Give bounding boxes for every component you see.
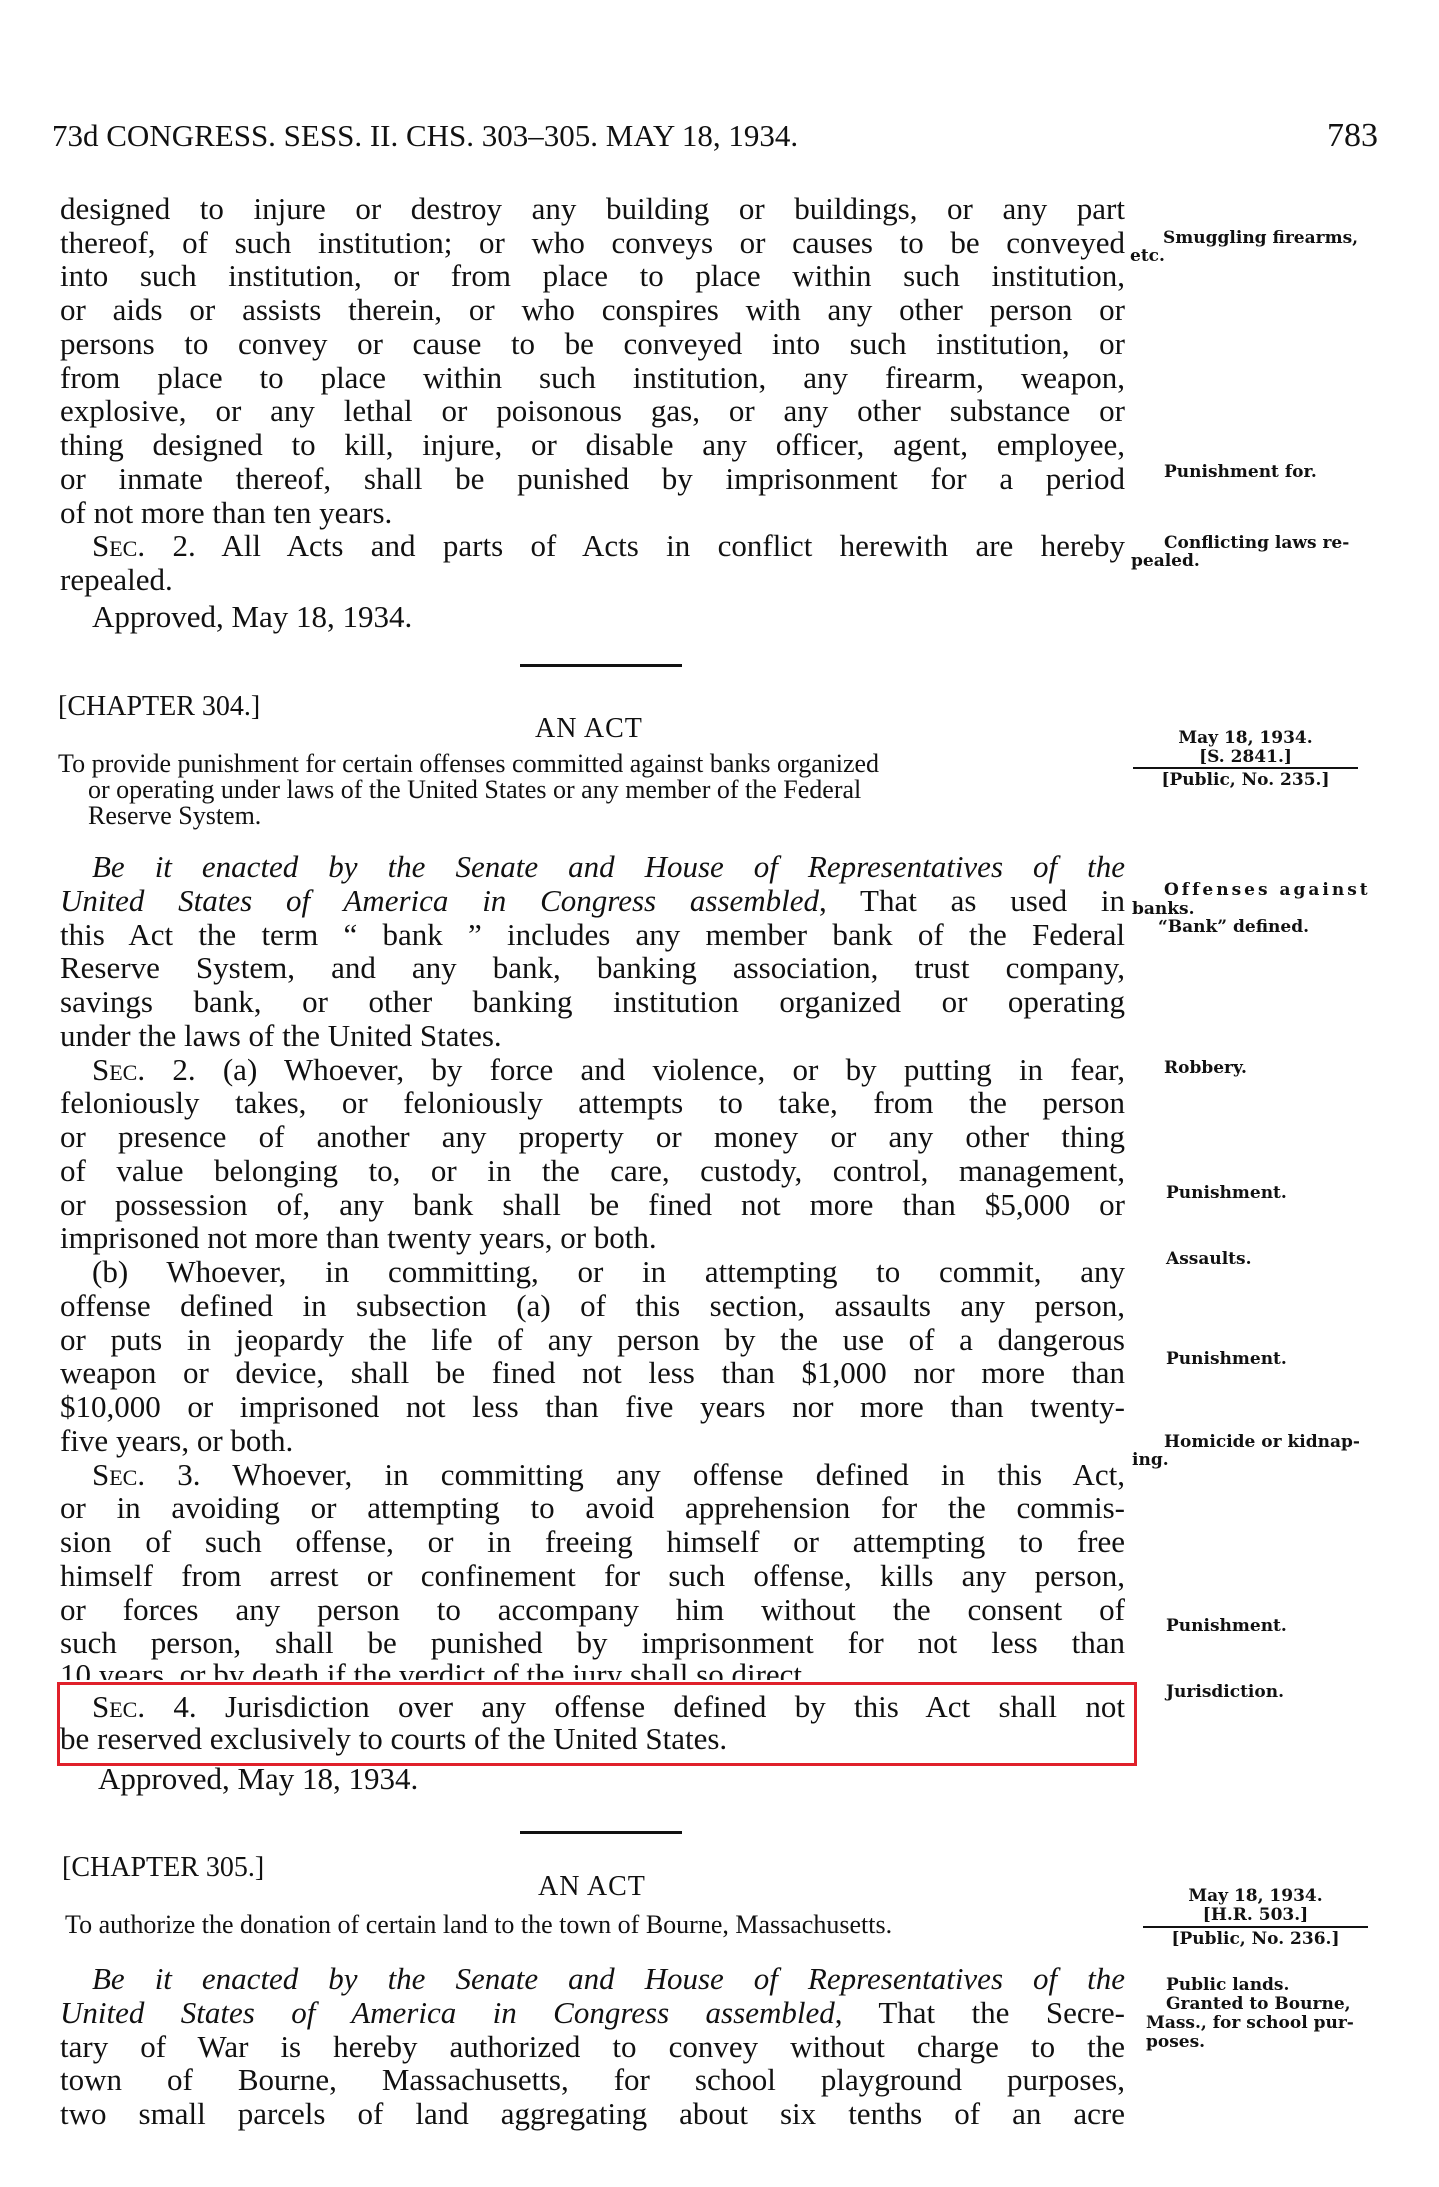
sec3-line: Sec. 3. Whoever, in committing any offen…	[60, 1458, 1125, 1492]
section-label: Sec. 3.	[92, 1457, 201, 1492]
section-text: (a) Whoever, by force and violence, or b…	[196, 1052, 1125, 1087]
text-line: (b) Whoever, in committing, or in attemp…	[60, 1255, 1125, 1289]
act-title-line: or operating under laws of the United St…	[88, 776, 861, 804]
text-line: town of Bourne, Massachusetts, for schoo…	[60, 2063, 1125, 2097]
text-line: imprisoned not more than twenty years, o…	[60, 1221, 1125, 1255]
margin-note: Punishment.	[1166, 1616, 1287, 1636]
text-line: or possession of, any bank shall be fine…	[60, 1188, 1125, 1222]
public-law-number: [Public, No. 236.]	[1128, 1929, 1383, 1949]
text-line: Reserve System, and any bank, banking as…	[60, 951, 1125, 985]
text-line: into such institution, or from place to …	[60, 259, 1125, 293]
chapter-heading: [CHAPTER 304.]	[58, 690, 260, 724]
text-line: sion of such offense, or in freeing hims…	[60, 1525, 1125, 1559]
section-text: All Acts and parts of Acts in conflict h…	[196, 528, 1125, 563]
text-line: of not more than ten years.	[60, 496, 1125, 530]
section-label: Sec. 2.	[92, 528, 196, 563]
margin-note: Punishment for.	[1164, 462, 1317, 482]
margin-note: Granted to Bourne,	[1166, 1994, 1351, 2014]
text-line: designed to injure or destroy any buildi…	[60, 192, 1125, 226]
enacting-clause: Be it enacted by the Senate and House of…	[60, 1962, 1125, 1996]
margin-note: ing.	[1132, 1450, 1169, 1470]
enactment-date: May 18, 1934.	[1128, 1886, 1383, 1906]
enacting-clause: United States of America in Congress ass…	[60, 1996, 1125, 2030]
text-line: or forces any person to accompany him wi…	[60, 1593, 1125, 1627]
margin-note: poses.	[1146, 2032, 1205, 2052]
margin-note: Conflicting laws re-	[1164, 533, 1349, 553]
sec2a-line: Sec. 2. (a) Whoever, by force and violen…	[60, 1053, 1125, 1087]
chapter-heading: [CHAPTER 305.]	[62, 1851, 264, 1885]
margin-note: pealed.	[1131, 551, 1200, 571]
text-line: feloniously takes, or feloniously attemp…	[60, 1086, 1125, 1120]
margin-note: Punishment.	[1166, 1183, 1287, 1203]
highlight-box-sec4	[57, 1682, 1137, 1766]
enacting-italic: United States of America in Congress ass…	[60, 883, 819, 918]
text-line: thing designed to kill, injure, or disab…	[60, 428, 1125, 462]
text-line: of value belonging to, or in the care, c…	[60, 1154, 1125, 1188]
text-line: this Act the term “ bank ” includes any …	[60, 918, 1125, 952]
section-divider	[520, 664, 682, 667]
margin-note: Punishment.	[1166, 1349, 1287, 1369]
an-act-heading: AN ACT	[535, 712, 643, 746]
text-line: offense defined in subsection (a) of thi…	[60, 1289, 1125, 1323]
text-line: or puts in jeopardy the life of any pers…	[60, 1323, 1125, 1357]
running-head: 73d CONGRESS. SESS. II. CHS. 303–305. MA…	[52, 118, 798, 154]
text-line: two small parcels of land aggregating ab…	[60, 2097, 1125, 2131]
enacting-italic: United States of America in Congress ass…	[60, 1995, 835, 2030]
section-divider	[520, 1831, 682, 1834]
margin-rule	[1143, 1926, 1368, 1928]
enactment-date: May 18, 1934.	[1118, 728, 1373, 748]
act-title-line: To authorize the donation of certain lan…	[65, 1911, 892, 1939]
page-number: 783	[1327, 118, 1378, 154]
text-line: or aids or assists therein, or who consp…	[60, 293, 1125, 327]
enacting-clause: United States of America in Congress ass…	[60, 884, 1125, 918]
approval-line: Approved, May 18, 1934.	[92, 600, 412, 634]
text-line: tary of War is hereby authorized to conv…	[60, 2030, 1125, 2064]
text-line: or presence of another any property or m…	[60, 1120, 1125, 1154]
text-line: savings bank, or other banking instituti…	[60, 985, 1125, 1019]
margin-note: Robbery.	[1164, 1058, 1247, 1078]
text-line: under the laws of the United States.	[60, 1019, 1125, 1053]
act-title-line: To provide punishment for certain offens…	[58, 750, 879, 778]
an-act-heading: AN ACT	[538, 1870, 646, 1904]
sec2-line: Sec. 2. All Acts and parts of Acts in co…	[60, 529, 1125, 563]
enacting-text: , That the Secre-	[835, 1995, 1125, 2030]
margin-note: Offenses against	[1164, 880, 1371, 900]
margin-note: Mass., for school pur-	[1146, 2013, 1354, 2033]
section-text: Whoever, in committing any offense defin…	[201, 1457, 1125, 1492]
margin-note: banks.	[1132, 899, 1195, 919]
text-line: explosive, or any lethal or poisonous ga…	[60, 394, 1125, 428]
bill-number: [S. 2841.]	[1118, 747, 1373, 767]
approval-line: Approved, May 18, 1934.	[98, 1762, 418, 1796]
text-line: or inmate thereof, shall be punished by …	[60, 462, 1125, 496]
text-line-clipped: 10 years, or by death if the verdict of …	[60, 1658, 1125, 1680]
bill-number: [H.R. 503.]	[1128, 1905, 1383, 1925]
text-line: repealed.	[60, 563, 1125, 597]
margin-note: Homicide or kidnap-	[1164, 1432, 1360, 1452]
text-line: such person, shall be punished by impris…	[60, 1626, 1125, 1660]
statute-page: 73d CONGRESS. SESS. II. CHS. 303–305. MA…	[0, 0, 1439, 2187]
text-line: weapon or device, shall be fined not les…	[60, 1356, 1125, 1390]
text-line: himself from arrest or confinement for s…	[60, 1559, 1125, 1593]
text-line: $10,000 or imprisoned not less than five…	[60, 1390, 1125, 1424]
margin-note: etc.	[1130, 246, 1165, 266]
section-label: Sec. 2.	[92, 1052, 196, 1087]
act-title-line: Reserve System.	[88, 802, 261, 830]
enacting-clause: Be it enacted by the Senate and House of…	[60, 850, 1125, 884]
margin-note: Smuggling firearms,	[1163, 228, 1358, 248]
margin-note: Jurisdiction.	[1166, 1682, 1284, 1702]
text-line: or in avoiding or attempting to avoid ap…	[60, 1491, 1125, 1525]
margin-note: “Bank” defined.	[1158, 917, 1309, 937]
margin-rule	[1133, 767, 1358, 769]
margin-note: Assaults.	[1166, 1249, 1252, 1269]
margin-note: Public lands.	[1166, 1975, 1289, 1995]
enacting-text: , That as used in	[819, 883, 1125, 918]
text-line: five years, or both.	[60, 1424, 1125, 1458]
public-law-number: [Public, No. 235.]	[1118, 770, 1373, 790]
text-line: persons to convey or cause to be conveye…	[60, 327, 1125, 361]
text-line: thereof, of such institution; or who con…	[60, 226, 1125, 260]
text-line: from place to place within such institut…	[60, 361, 1125, 395]
